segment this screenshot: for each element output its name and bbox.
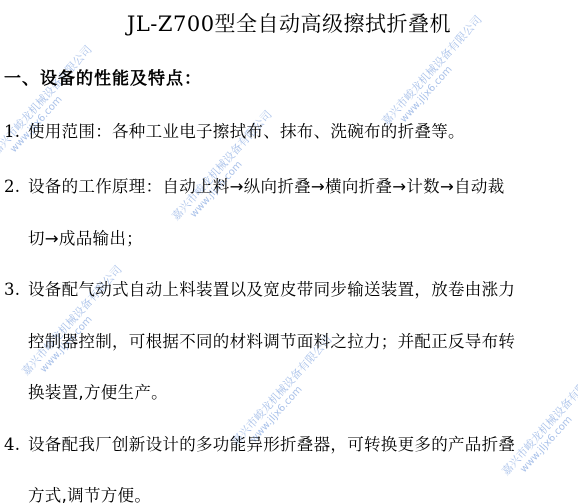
list-item-2: 2.设备的工作原理：自动上料→纵向折叠→横向折叠→计数→自动裁 xyxy=(4,173,505,197)
item-number: 3. xyxy=(4,280,28,299)
item-text: 设备的工作原理：自动上料→纵向折叠→横向折叠→计数→自动裁 xyxy=(28,177,505,196)
watermark: 嘉兴市峻龙机械设备有限公司www.jljx6.com xyxy=(0,44,104,166)
item-continuation: 控制器控制，可根据不同的材料调节面料之拉力；并配正反导布转 xyxy=(28,328,515,352)
document-title: JL-Z700型全自动高级擦拭折叠机 xyxy=(0,8,578,38)
watermark: 嘉兴市峻龙机械设备有限公司www.jljx6.com xyxy=(500,364,578,486)
item-number: 2. xyxy=(4,177,28,196)
item-number: 4. xyxy=(4,435,28,454)
item-text: 设备配气动式自动上料装置以及宽皮带同步输送装置，放卷由涨力 xyxy=(28,280,515,299)
section-heading: 一、设备的性能及特点： xyxy=(4,64,202,89)
item-number: 1. xyxy=(4,122,28,141)
item-continuation: 切→成品输出； xyxy=(28,225,143,249)
item-continuation: 换装置,方便生产。 xyxy=(28,379,168,403)
list-item-3: 3.设备配气动式自动上料装置以及宽皮带同步输送装置，放卷由涨力 xyxy=(4,276,515,300)
item-continuation: 方式,调节方便。 xyxy=(28,482,151,504)
list-item-4: 4.设备配我厂创新设计的多功能异形折叠器，可转换更多的产品折叠 xyxy=(4,431,515,455)
item-text: 设备配我厂创新设计的多功能异形折叠器，可转换更多的产品折叠 xyxy=(28,435,515,454)
list-item-1: 1.使用范围：各种工业电子擦拭布、抹布、洗碗布的折叠等。 xyxy=(4,118,465,142)
item-text: 使用范围：各种工业电子擦拭布、抹布、洗碗布的折叠等。 xyxy=(28,122,465,141)
